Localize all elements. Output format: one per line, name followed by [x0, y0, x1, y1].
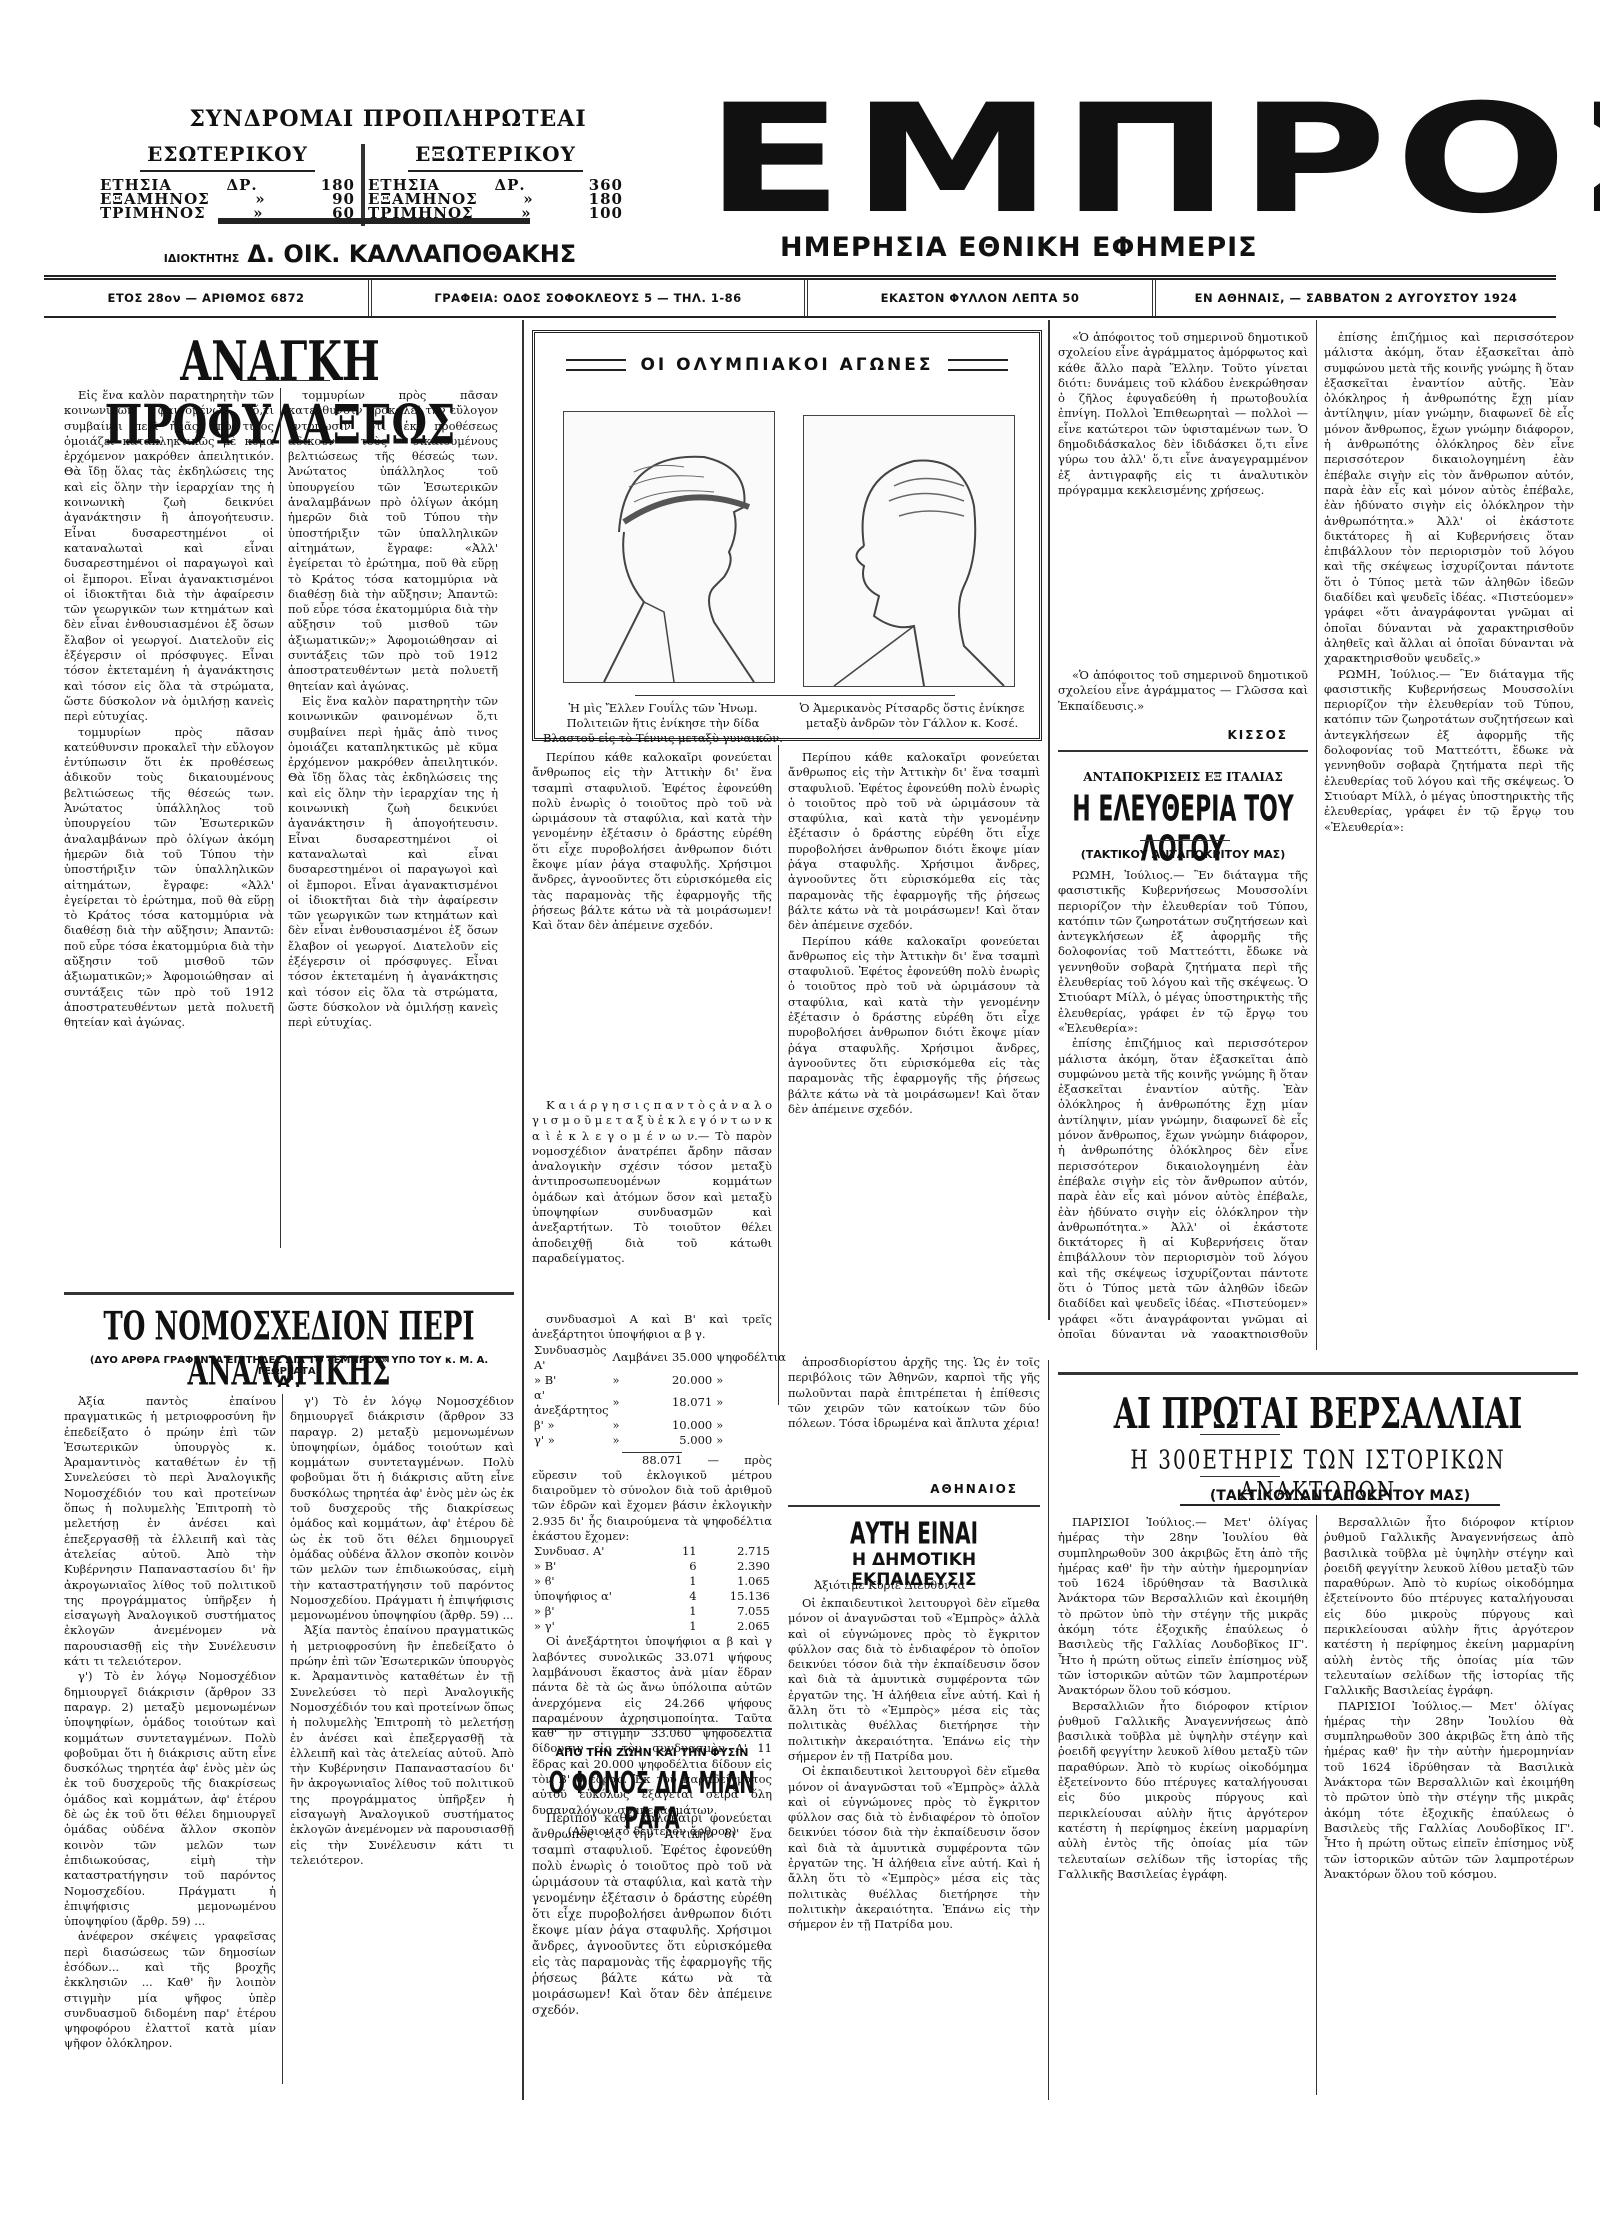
- kicker-italy: ΑΝΤΑΠΟΚΡΙΣΕΙΣ ΕΞ ΙΤΑΛΙΑΣ: [1058, 770, 1308, 784]
- paragraph: γ') Τὸ ἐν λόγῳ Νομοσχέδιον δημιουργεῖ δι…: [64, 1669, 276, 1929]
- cell: 2.390: [699, 1559, 772, 1574]
- article-nomoschedion-col1: Ἀξία παντὸς ἐπαίνου πραγματικῶς ἡ μετριο…: [64, 1394, 276, 2084]
- cell: » Β': [532, 1559, 668, 1574]
- cell: »: [714, 1373, 788, 1388]
- paragraph: Ἀξία παντὸς ἐπαίνου πραγματικῶς ἡ μετριο…: [290, 1623, 514, 1868]
- article-fonos-cont: Περίπου κάθε καλοκαῖρι φονεύεται ἄνθρωπο…: [788, 750, 1040, 1350]
- paragraph: Οἱ ἐκπαιδευτικοὶ λειτουργοὶ δὲν εἴμεθα μ…: [788, 1764, 1040, 1932]
- votes-table-2: Συνδυασ. Α'112.715 » Β'62.390 » ϐ'11.065…: [532, 1544, 772, 1634]
- section-divider: [1058, 1372, 1578, 1375]
- column-rule: [522, 320, 524, 2100]
- paragraph: Βερσαλλιῶν ἦτο διόροφον κτίριον ῥυθμοῦ Γ…: [1058, 1699, 1308, 1883]
- votes-section: συνδυασμοὶ Α καὶ Β' καὶ τρεῖς ἀνεξάρτητο…: [532, 1312, 772, 1839]
- table-row: » Β'62.390: [532, 1559, 772, 1574]
- issue-info-bar: ΕΤΟΣ 28ον — ΑΡΙΘΜΟΣ 6872 ΓΡΑΦΕΙΑ: ΟΔΟΣ Σ…: [44, 275, 1556, 318]
- portrait-helen-wills: [563, 411, 775, 683]
- paragraph: γ') Τὸ ἐν λόγῳ Νομοσχέδιον δημιουργεῖ δι…: [290, 1394, 514, 1623]
- subscriptions-title: ΣΥΝΔΡΟΜΑΙ ΠΡΟΠΛΗΡΩΤΕΑΙ: [168, 106, 608, 132]
- cell: 4: [668, 1589, 699, 1604]
- cell: 20.000: [670, 1373, 714, 1388]
- cell: »: [611, 1433, 670, 1448]
- cell: 2.065: [699, 1619, 772, 1634]
- olympic-games-photo-box: ΟΙ ΟΛΥΜΠΙΑΚΟΙ ΑΓΩΝΕΣ Ἡ μὶς Ἔλλεν Γουΐλς …: [532, 330, 1042, 741]
- cell: 1.065: [699, 1574, 772, 1589]
- subscriptions-divider: [361, 144, 365, 226]
- cell: Λαμβάνει: [611, 1343, 670, 1373]
- owner-label: ΙΔΙΟΚΤΗΤΗΣ: [164, 252, 240, 265]
- olympic-games-title: ΟΙ ΟΛΥΜΠΙΑΚΟΙ ΑΓΩΝΕΣ: [535, 355, 1039, 375]
- table-row: » γ'12.065: [532, 1619, 772, 1634]
- cell: β' »: [532, 1418, 611, 1433]
- subscriptions-domestic-label: ΕΣΩΤΕΡΙΚΟΥ: [140, 142, 315, 172]
- cell: 35.000: [670, 1343, 714, 1373]
- byline-freedom: (ΤΑΚΤΙΚΟΥ ΑΝΤΑΠΟΚΡΙΤΟΥ ΜΑΣ): [1058, 848, 1308, 861]
- byline-versailles: (ΤΑΚΤΙΚΟΥ ΑΝΤΑΠΟΚΡΙΤΟΥ ΜΑΣ): [1180, 1488, 1500, 1506]
- currency: ΔΡ.: [495, 178, 525, 192]
- paragraph: Εἰς ἕνα καλὸν παρατηρητὴν τῶν κοινωνικῶν…: [64, 388, 274, 725]
- cell: Συνδυασ. Α': [532, 1544, 668, 1559]
- cell: ψηφοδέλτια: [714, 1343, 788, 1373]
- cell: 5.000: [670, 1433, 714, 1448]
- cell: » Β': [532, 1373, 611, 1388]
- paragraph: ΠΑΡΙΣΙΟΙ Ἰούλιος.— Μετ' ὀλίγας ἡμέρας τὴ…: [1058, 1515, 1308, 1699]
- subscriptions-foreign-label: ΕΞΩΤΕΡΙΚΟΥ: [408, 142, 583, 172]
- table-row: ὑποψήφιος α'415.136: [532, 1589, 772, 1604]
- cell: ὑποψήφιος α': [532, 1589, 668, 1604]
- column-rule: [1048, 320, 1050, 1320]
- paragraph: ΡΩΜΗ, Ἰούλιος.— Ἓν διάταγμα τῆς φασιστικ…: [1058, 868, 1308, 1036]
- offices-address: ΓΡΑΦΕΙΑ: ΟΔΟΣ ΣΟΦΟΚΛΕΟΥΣ 5 — ΤΗΛ. 1-86: [372, 280, 808, 316]
- cell: »: [611, 1418, 670, 1433]
- cell: » β': [532, 1604, 668, 1619]
- cell: 1: [668, 1619, 699, 1634]
- signature-athinaios: ΑΘΗΝΑΙΟΣ: [788, 1482, 1018, 1496]
- man-portrait-icon: [804, 416, 1014, 686]
- paragraph: «Ὁ ἀπόφοιτος τοῦ σημερινοῦ δημοτικοῦ σχο…: [1058, 668, 1308, 714]
- paragraph: Περίπου κάθε καλοκαῖρι φονεύεται ἄνθρωπο…: [532, 1810, 772, 2018]
- kicker-life-nature: ΑΠΟ ΤΗΝ ΖΩΗΝ ΚΑΙ ΤΗΝ ΦΥΣΙΝ: [532, 1746, 772, 1759]
- cell: 11: [668, 1544, 699, 1559]
- cell: 6: [668, 1559, 699, 1574]
- article-freedom-col1: ΡΩΜΗ, Ἰούλιος.— Ἓν διάταγμα τῆς φασιστικ…: [1058, 868, 1308, 1338]
- date: ΕΝ ΑΘΗΝΑΙΣ, — ΣΑΒΒΑΤΟΝ 2 ΑΥΓΟΥΣΤΟΥ 1924: [1156, 280, 1556, 316]
- column-rule: [280, 388, 281, 1248]
- column-rule: [1316, 320, 1317, 1350]
- paragraph: συνδυασμοὶ Α καὶ Β' καὶ τρεῖς ἀνεξάρτητο…: [532, 1312, 772, 1343]
- article-anagki-col1: Εἰς ἕνα καλὸν παρατηρητὴν τῶν κοινωνικῶν…: [64, 388, 274, 1248]
- cell: α' ἀνεξάρτητος: [532, 1388, 611, 1418]
- article-versailles-col2: Βερσαλλιῶν ἦτο διόροφον κτίριον ῥυθμοῦ Γ…: [1324, 1515, 1574, 2095]
- part-label: Α'.: [64, 1372, 514, 1391]
- paragraph: ἐπίσης ἐπιζήμιος καὶ περισσότερον μάλιστ…: [1324, 330, 1574, 667]
- divider: [788, 1505, 1040, 1507]
- table-row: γ' »»5.000»: [532, 1433, 788, 1448]
- divider: [532, 1728, 772, 1730]
- cell: 1: [668, 1574, 699, 1589]
- owner-name: Δ. ΟΙΚ. ΚΑΛΛΑΠΟΘΑΚΗΣ: [247, 240, 576, 268]
- cell: »: [714, 1418, 788, 1433]
- headline-versailles: ΑΙ ΠΡΩΤΑΙ ΒΕΡΣΑΛΛΙΑΙ: [1058, 1390, 1578, 1439]
- article-versailles-col1: ΠΑΡΙΣΙΟΙ Ἰούλιος.— Μετ' ὀλίγας ἡμέρας τὴ…: [1058, 1515, 1308, 2095]
- divider: [1058, 750, 1308, 752]
- column-rule: [1316, 1515, 1317, 2095]
- portrait-richards: [803, 415, 1015, 687]
- cell: 10.000: [670, 1418, 714, 1433]
- period: ΤΡΙΜΗΝΟΣ: [100, 206, 206, 220]
- paragraph: ΠΑΡΙΣΙΟΙ Ἰούλιος.— Μετ' ὀλίγας ἡμέρας τὴ…: [1324, 1699, 1574, 1883]
- salutation: Ἀξιότιμε Κύριε Διευθυντά: [800, 1578, 1040, 1593]
- currency: ΔΡ.: [227, 178, 257, 192]
- paragraph: Κ α ι ά ρ γ η σ ι ς π α ν τ ὸ ς ἀ ν α λ …: [532, 1098, 772, 1266]
- cell: Συνδυασμὸς Α': [532, 1343, 611, 1373]
- newspaper-tagline: ΗΜΕΡΗΣΙΑ ΕΘΝΙΚΗ ΕΦΗΜΕΡΙΣ: [780, 232, 1258, 263]
- votes-table-1: Συνδυασμὸς Α'Λαμβάνει35.000ψηφοδέλτια » …: [532, 1343, 788, 1448]
- article-nomoschedion-col3: Κ α ι ά ρ γ η σ ι ς π α ν τ ὸ ς ἀ ν α λ …: [532, 1098, 772, 1308]
- cell: »: [611, 1373, 670, 1388]
- article-dimotiki: Οἱ ἐκπαιδευτικοὶ λειτουργοὶ δὲν εἴμεθα μ…: [788, 1596, 1040, 2096]
- year-issue: ΕΤΟΣ 28ον — ΑΡΙΘΜΟΣ 6872: [44, 280, 372, 316]
- paragraph: Οἱ ἐκπαιδευτικοὶ λειτουργοὶ δὲν εἴμεθα μ…: [788, 1596, 1040, 1764]
- article-kissos: «Ὁ ἀπόφοιτος τοῦ σημερινοῦ δημοτικοῦ σχο…: [1058, 330, 1308, 660]
- table-row: » Β'»20.000»: [532, 1373, 788, 1388]
- paragraph: Περίπου κάθε καλοκαῖρι φονεύεται ἄνθρωπο…: [788, 934, 1040, 1118]
- cell: 7.055: [699, 1604, 772, 1619]
- table-row: β' »»10.000»: [532, 1418, 788, 1433]
- paragraph: ἀπροσδιορίστου ἀρχῆς της. Ὡς ἐν τοῖς περ…: [788, 1355, 1040, 1431]
- article-fonos: Περίπου κάθε καλοκαῖρι φονεύεται ἄνθρωπο…: [532, 1810, 772, 2090]
- cell: »: [611, 1388, 670, 1418]
- cell: γ' »: [532, 1433, 611, 1448]
- divider: [635, 695, 955, 696]
- column-rule: [1048, 1360, 1049, 2100]
- paragraph: Εἰς ἕνα καλὸν παρατηρητὴν τῶν κοινωνικῶν…: [288, 694, 498, 1031]
- caption-richards: Ὁ Ἀμερικανὸς Ρίτσαρδς ὅστις ἐνίκησε μετα…: [797, 701, 1027, 731]
- divider: [1200, 1476, 1280, 1477]
- signature-kissos: ΚΙΣΣΟΣ: [1058, 728, 1288, 742]
- article-freedom-col2: ἐπίσης ἐπιζήμιος καὶ περισσότερον μάλιστ…: [1324, 330, 1574, 1340]
- owner-line: ΙΔΙΟΚΤΗΤΗΣΔ. ΟΙΚ. ΚΑΛΛΑΠΟΘΑΚΗΣ: [155, 240, 585, 268]
- cell: 18.071: [670, 1388, 714, 1418]
- divider: [1200, 1434, 1280, 1435]
- table-row: Συνδυασμὸς Α'Λαμβάνει35.000ψηφοδέλτια: [532, 1343, 788, 1373]
- caption-helen-wills: Ἡ μὶς Ἔλλεν Γουΐλς τῶν Ἡνωμ. Πολιτειῶν ἥ…: [543, 701, 783, 746]
- votes-total: 88.071: [642, 1453, 682, 1467]
- article-fonos-closing: ἀπροσδιορίστου ἀρχῆς της. Ὡς ἐν τοῖς περ…: [788, 1355, 1040, 1431]
- headline-dimotiki-1: ΑΥΤΗ ΕΙΝΑΙ: [788, 1515, 1040, 1551]
- article-nomoschedion-col2: γ') Τὸ ἐν λόγῳ Νομοσχέδιον δημιουργεῖ δι…: [290, 1394, 514, 2084]
- divider: [1140, 840, 1230, 841]
- amount: 100: [579, 206, 623, 220]
- paragraph: τομμυρίων πρὸς πᾶσαν κατεύθυνσιν προκαλε…: [64, 725, 274, 1031]
- price: ΕΚΑΣΤΟΝ ΦΥΛΛΟΝ ΛΕΠΤΑ 50: [808, 280, 1156, 316]
- cell: 15.136: [699, 1589, 772, 1604]
- column-rule: [282, 1394, 283, 2084]
- subscriptions-bar: [218, 218, 530, 224]
- cell: »: [714, 1388, 788, 1418]
- table-row: α' ἀνεξάρτητος»18.071»: [532, 1388, 788, 1418]
- paragraph: Περίπου κάθε καλοκαῖρι φονεύεται ἄνθρωπο…: [532, 750, 772, 934]
- woman-portrait-icon: [564, 412, 774, 682]
- newspaper-title: ΕΜΠΡΟΣ: [705, 100, 1600, 220]
- article-anagki-col2: τομμυρίων πρὸς πᾶσαν κατεύθυνσιν προκαλε…: [288, 388, 498, 1248]
- article-nomoschedion-cont: Περίπου κάθε καλοκαῖρι φονεύεται ἄνθρωπο…: [532, 750, 772, 1090]
- table-row: » β'17.055: [532, 1604, 772, 1619]
- cell: » ϐ': [532, 1574, 668, 1589]
- paragraph: τομμυρίων πρὸς πᾶσαν κατεύθυνσιν προκαλε…: [288, 388, 498, 694]
- table-row: » ϐ'11.065: [532, 1574, 772, 1589]
- article-kissos-closing: «Ὁ ἀπόφοιτος τοῦ σημερινοῦ δημοτικοῦ σχο…: [1058, 668, 1308, 714]
- subscriptions-domestic: ΕΣΩΤΕΡΙΚΟΥ ΕΤΗΣΙΑΔΡ.180 ΕΞΑΜΗΝΟΣ»90 ΤΡΙΜ…: [100, 142, 355, 220]
- paragraph: Ἀξιότιμε Κύριε Διευθυντά: [800, 1578, 1040, 1593]
- section-divider: [64, 1292, 514, 1295]
- paragraph: Περίπου κάθε καλοκαῖρι φονεύεται ἄνθρωπο…: [788, 750, 1040, 934]
- cell: 1: [668, 1604, 699, 1619]
- paragraph: «Ὁ ἀπόφοιτος τοῦ σημερινοῦ δημοτικοῦ σχο…: [1058, 330, 1308, 498]
- divider: [240, 380, 330, 381]
- paragraph: Ἀξία παντὸς ἐπαίνου πραγματικῶς ἡ μετριο…: [64, 1394, 276, 1669]
- paragraph: ἐπίσης ἐπιζήμιος καὶ περισσότερον μάλιστ…: [1058, 1036, 1308, 1338]
- column-rule: [778, 745, 779, 1405]
- cell: »: [714, 1433, 788, 1448]
- cell: 2.715: [699, 1544, 772, 1559]
- paragraph: Βερσαλλιῶν ἦτο διόροφον κτίριον ῥυθμοῦ Γ…: [1324, 1515, 1574, 1699]
- table-row: Συνδυασ. Α'112.715: [532, 1544, 772, 1559]
- subscriptions-foreign: ΕΞΩΤΕΡΙΚΟΥ ΕΤΗΣΙΑΔΡ.360 ΕΞΑΜΗΝΟΣ»180 ΤΡΙ…: [368, 142, 623, 220]
- cell: » γ': [532, 1619, 668, 1634]
- paragraph: ΡΩΜΗ, Ἰούλιος.— Ἓν διάταγμα τῆς φασιστικ…: [1324, 667, 1574, 835]
- paragraph: ἀνέφερον σκέψεις γραφεῖσας περὶ διασώσεω…: [64, 1929, 276, 2051]
